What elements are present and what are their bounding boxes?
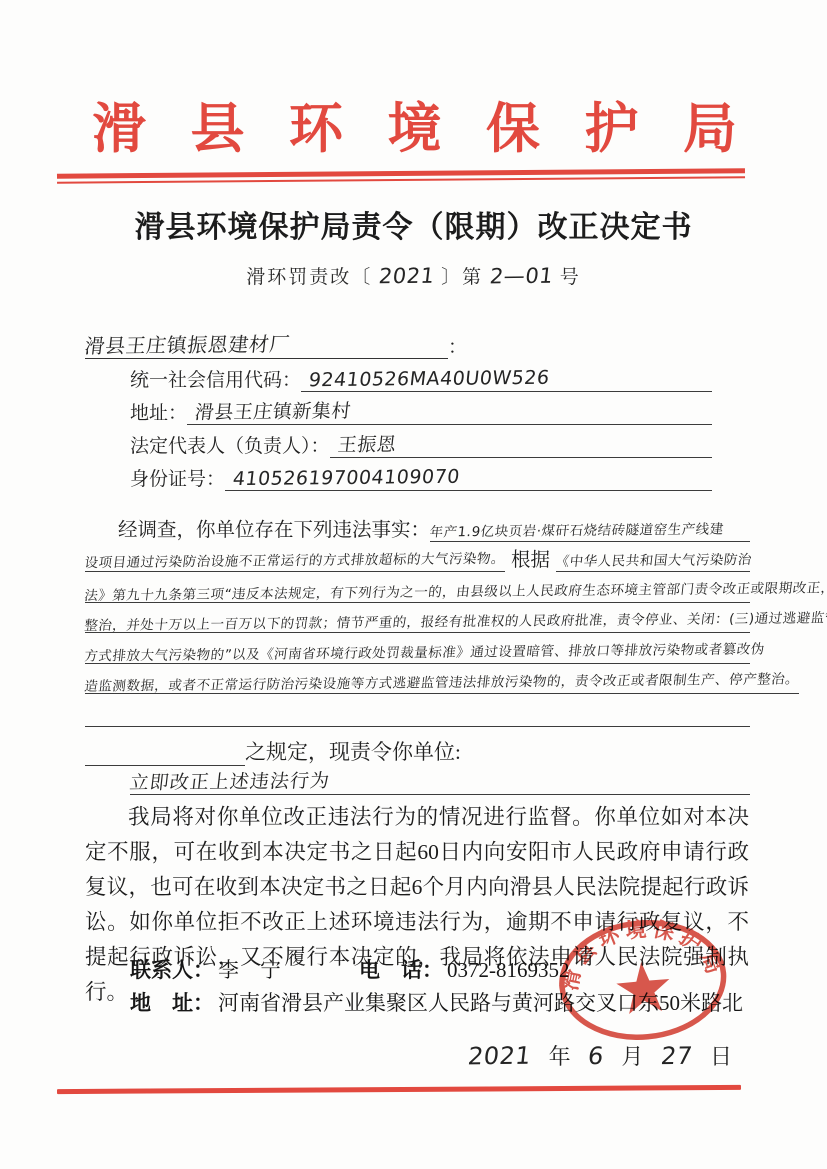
facts-row-5: 方式排放大气污染物的”以及《河南省环境行政处罚裁量标准》通过设置暗管、排放口等排… <box>85 633 750 664</box>
letterhead-double-rule <box>57 168 745 183</box>
facts-row-1: 经调查，你单位存在下列违法事实： 年产1.9亿块页岩·煤矸石烧结砖隧道窑生产线建 <box>85 511 750 542</box>
document-number: 滑环罚责改〔 2021 〕第 2—01 号 <box>0 262 827 289</box>
facts-row-6: 造监测数据，或者不正常运行防治污染设施等方式逃避监管违法排放污染物的，责令改正或… <box>85 664 750 695</box>
doc-no-prefix: 滑环罚责改〔 <box>246 267 372 288</box>
recipient-name-underline: 滑县王庄镇振恩建材厂 <box>85 329 448 359</box>
contact-address-label: 地 址： <box>130 987 214 1020</box>
facts-row-3: 法》第九十九条第三项“违反本法规定，有下列行为之一的，由县级以上人民政府生态环境… <box>85 572 750 603</box>
facts-handwritten-6: 造监测数据，或者不正常运行防治污染设施等方式逃避监管违法排放污染物的，责令改正或… <box>83 667 800 694</box>
facts-blank-underline <box>85 726 750 727</box>
recipient-name-handwritten: 滑县王庄镇振恩建材厂 <box>83 328 292 359</box>
date-day-unit: 日 <box>710 1044 732 1069</box>
address-value-handwritten: 滑县王庄镇新集村 <box>185 396 352 425</box>
ruling-blank-underline <box>85 765 245 766</box>
date-month-handwritten: 6 <box>587 1042 606 1070</box>
seal-star-icon <box>615 960 672 1015</box>
facts-handwritten-1: 年产1.9亿块页岩·煤矸石烧结砖隧道窑生产线建 <box>429 517 725 540</box>
field-id-number: 身份证号： 410526197004109070 <box>85 458 712 491</box>
contact-phone-label: 电 话： <box>359 954 443 987</box>
document-title: 滑县环境保护局责令（限期）改正决定书 <box>0 202 827 246</box>
violation-facts-section: 经调查，你单位存在下列违法事实： 年产1.9亿块页岩·煤矸石烧结砖隧道窑生产线建… <box>85 511 750 795</box>
date-year-unit: 年 <box>549 1044 571 1069</box>
facts-row-2: 设项目通过污染防治设施不正常运行的方式排放超标的大气污染物。 根据 《中华人民共… <box>85 542 750 573</box>
order-underline: 立即改正上述违法行为 <box>130 767 750 795</box>
address-label: 地址： <box>130 398 187 425</box>
contact-person-name: 李 宁 <box>218 954 281 987</box>
issue-date: 2021 年 6 月 27 日 <box>462 1040 738 1071</box>
doc-no-year-handwritten: 2021 <box>378 264 436 289</box>
date-month-unit: 月 <box>621 1044 643 1069</box>
facts-underline-6: 造监测数据，或者不正常运行防治污染设施等方式逃避监管违法排放污染物的，责令改正或… <box>85 671 799 694</box>
order-handwritten: 立即改正上述违法行为 <box>128 766 331 795</box>
field-legal-representative: 法定代表人（负责人）： 王振恩 <box>85 425 712 458</box>
facts-underline-5: 方式排放大气污染物的”以及《河南省环境行政处罚裁量标准》通过设置暗管、排放口等排… <box>85 641 750 664</box>
doc-no-mid: 〕第 <box>441 267 483 288</box>
facts-lead-label: 经调查，你单位存在下列违法事实： <box>85 514 430 542</box>
facts-handwritten-2b: 《中华人民共和国大气污染防治 <box>555 548 753 570</box>
credit-code-underline: 92410526MA40U0W526 <box>301 368 712 392</box>
field-credit-code: 统一社会信用代码： 92410526MA40U0W526 <box>85 359 712 392</box>
legal-representative-underline: 王振恩 <box>330 430 712 458</box>
date-year-handwritten: 2021 <box>466 1042 532 1071</box>
facts-blank-row <box>85 694 750 727</box>
official-seal: 滑县环境保护局 <box>551 911 736 1056</box>
facts-row-4: 整治，并处十万以上一百万以下的罚款；情节严重的，报经有批准权的人民政府批准，责令… <box>85 603 750 634</box>
contact-person-label: 联系人： <box>130 954 214 987</box>
printed-genju-label: 根据 <box>505 544 556 572</box>
address-underline: 滑县王庄镇新集村 <box>187 397 712 425</box>
recipient-name-row: 滑县王庄镇振恩建材厂 ： <box>85 326 712 359</box>
facts-underline-1: 年产1.9亿块页岩·煤矸石烧结砖隧道窑生产线建 <box>430 519 750 542</box>
field-address: 地址： 滑县王庄镇新集村 <box>85 392 712 425</box>
credit-code-label: 统一社会信用代码： <box>130 365 301 392</box>
recipient-colon: ： <box>448 332 467 359</box>
footer-rule <box>57 1085 741 1094</box>
facts-handwritten-3: 法》第九十九条第三项“违反本法规定，有下列行为之一的，由县级以上人民政府生态环境… <box>83 575 827 603</box>
letterhead-agency-title: 滑 县 环 境 保 护 局 <box>92 86 732 163</box>
facts-handwritten-2a: 设项目通过污染防治设施不正常运行的方式排放超标的大气污染物。 <box>84 547 507 571</box>
id-number-underline: 410526197004109070 <box>225 467 712 491</box>
facts-handwritten-4: 整治，并处十万以上一百万以下的罚款；情节严重的，报经有批准权的人民政府批准，责令… <box>83 606 827 634</box>
facts-underline-3: 法》第九十九条第三项“违反本法规定，有下列行为之一的，由县级以上人民政府生态环境… <box>85 580 750 603</box>
date-day-handwritten: 27 <box>659 1042 694 1070</box>
contact-phone-number: 0372-8169352 <box>447 954 570 987</box>
doc-no-serial-handwritten: 2—01 <box>489 264 555 289</box>
facts-underline-2a: 设项目通过污染防治设施不正常运行的方式排放超标的大气污染物。 <box>85 549 505 572</box>
credit-code-value-handwritten: 92410526MA40U0W526 <box>300 367 551 392</box>
ruling-lead-label: 之规定，现责令你单位: <box>245 736 461 766</box>
facts-underline-4: 整治，并处十万以上一百万以下的罚款；情节严重的，报经有批准权的人民政府批准，责令… <box>85 610 750 633</box>
facts-underline-2b: 《中华人民共和国大气污染防治 <box>556 549 750 572</box>
ruling-row: 之规定，现责令你单位: <box>85 727 750 766</box>
legal-representative-label: 法定代表人（负责人）： <box>130 431 330 458</box>
id-number-value-handwritten: 410526197004109070 <box>224 466 461 490</box>
legal-representative-value-handwritten: 王振恩 <box>328 430 398 458</box>
recipient-section: 滑县王庄镇振恩建材厂 ： 统一社会信用代码： 92410526MA40U0W52… <box>85 326 712 491</box>
id-number-label: 身份证号： <box>130 464 225 491</box>
facts-handwritten-5: 方式排放大气污染物的”以及《河南省环境行政处罚裁量标准》通过设置暗管、排放口等排… <box>83 637 766 664</box>
order-row: 立即改正上述违法行为 <box>85 766 750 795</box>
doc-no-suffix: 号 <box>560 267 581 288</box>
scanned-document-page: 滑 县 环 境 保 护 局 滑县环境保护局责令（限期）改正决定书 滑环罚责改〔 … <box>0 0 827 1169</box>
